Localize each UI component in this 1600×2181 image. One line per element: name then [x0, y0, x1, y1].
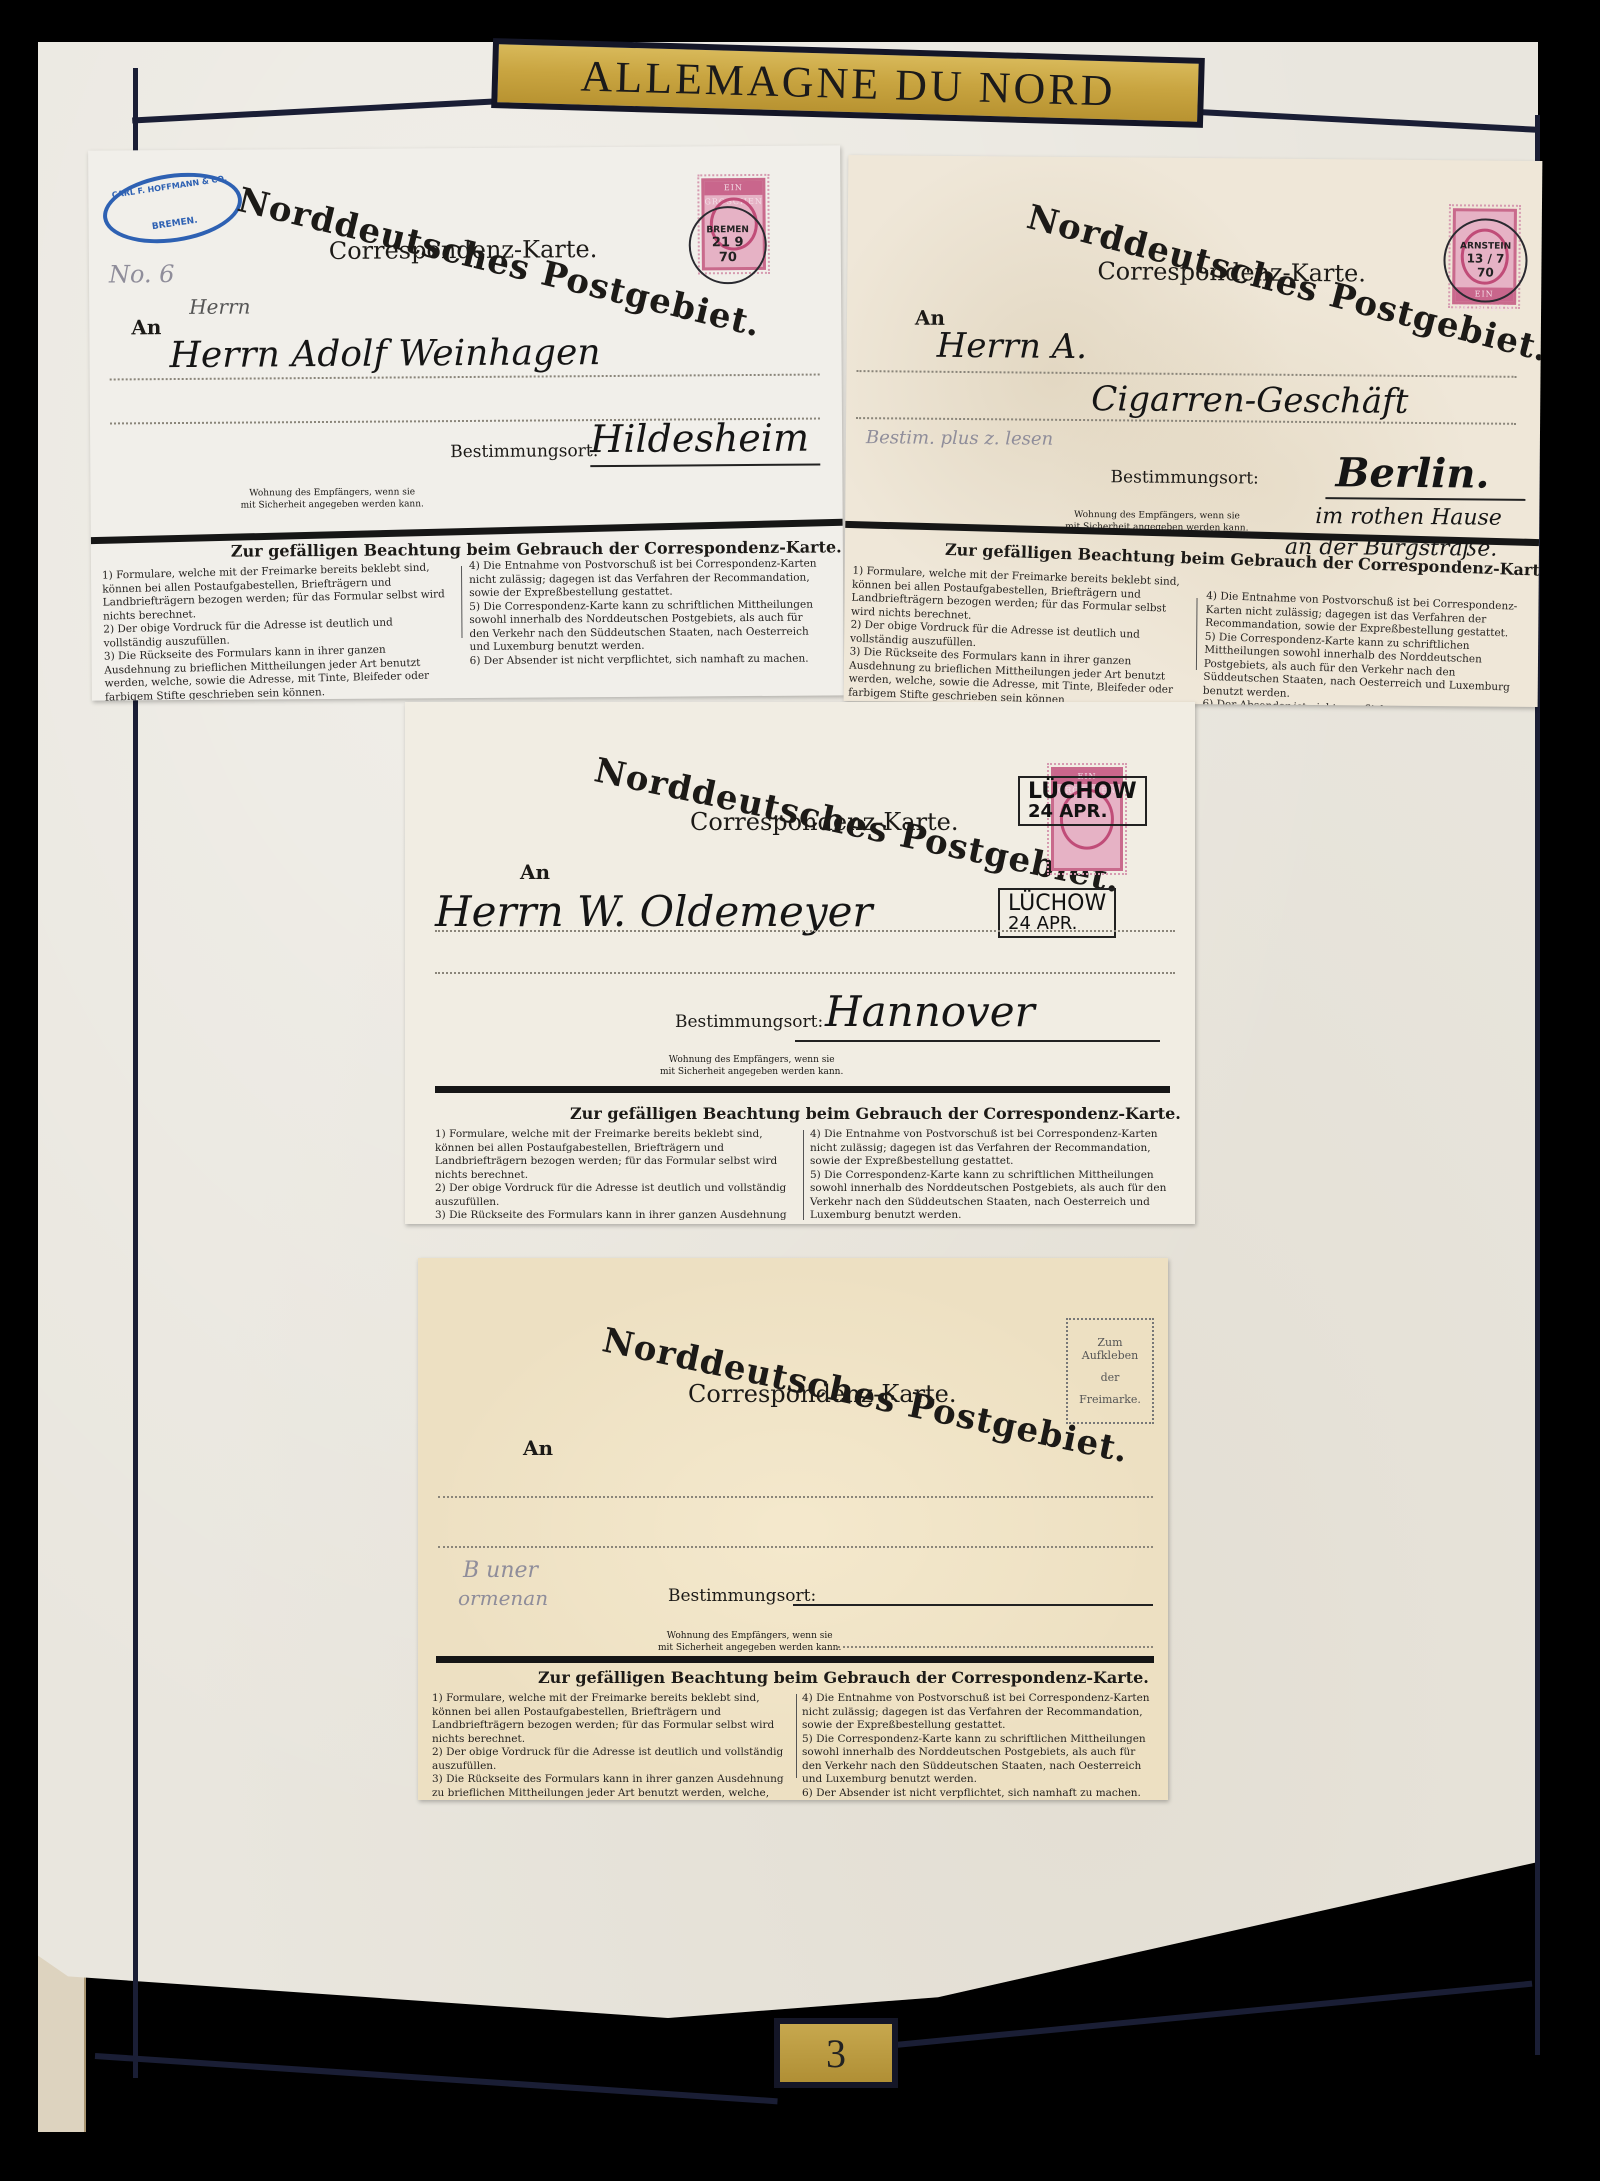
an-label: An	[523, 1436, 553, 1460]
divider-rule	[436, 1656, 1154, 1663]
residence-note: Wohnung des Empfängers, wenn sie mit Sic…	[660, 1054, 843, 1078]
instructions-left: 1) Formulare, welche mit der Freimarke b…	[435, 1128, 797, 1224]
card-subheader: Correspondenz-Karte.	[329, 235, 598, 265]
address-line-1: Herrn	[189, 295, 250, 319]
divider-rule	[435, 1086, 1170, 1093]
card-subheader: Correspondenz-Karte.	[688, 1380, 957, 1408]
stamp-placement-box: Zum Aufkleben der Freimarke.	[1066, 1318, 1154, 1424]
instructions-right: 4) Die Entnahme von Postvorschuß ist bei…	[802, 1692, 1157, 1800]
page-number: 3	[826, 2030, 846, 2077]
card-subheader: Correspondenz-Karte.	[690, 808, 959, 836]
postmark-arnstein: ARNSTEIN 13 / 7 70	[1443, 218, 1528, 303]
address-line-1: Herrn W. Oldemeyer	[435, 887, 873, 936]
an-label: An	[520, 860, 550, 884]
instructions-left: 1) Formulare, welche mit der Freimarke b…	[848, 565, 1193, 707]
instructions-right: 4) Die Entnahme von Postvorschuß ist bei…	[810, 1128, 1175, 1224]
card-subheader: Correspondenz-Karte.	[1097, 257, 1366, 287]
instructions-title: Zur gefälligen Beachtung beim Gebrauch d…	[538, 1668, 1149, 1687]
residence-note: Wohnung des Empfängers, wenn sie mit Sic…	[658, 1630, 841, 1654]
postcard-bremen-hildesheim: CARL F. HOFFMANN & CO. BREMEN. No. 6 Nor…	[88, 145, 844, 700]
page-number-plate: 3	[774, 2018, 898, 2088]
instructions-title: Zur gefälligen Beachtung beim Gebrauch d…	[570, 1104, 1181, 1123]
residence-note: Wohnung des Empfängers, wenn sie mit Sic…	[240, 486, 423, 511]
postcard-unused: Norddeutsches Postgebiet. Correspondenz-…	[418, 1258, 1168, 1800]
instructions-left: 1) Formulare, welche mit der Freimarke b…	[102, 561, 455, 701]
pencil-note-1: B uner	[463, 1558, 538, 1583]
destination-label: Bestimmungsort:	[450, 441, 598, 462]
postmark-luchow-on-stamp: LÜCHOW 24 APR.	[1018, 776, 1147, 826]
address-line-1: Herrn A.	[937, 326, 1088, 367]
pencil-note-2: ormenan	[458, 1586, 548, 1610]
address-line-2: Herrn Adolf Weinhagen	[169, 332, 600, 376]
frame-line-bottom-right	[895, 1981, 1533, 2048]
page-title: ALLEMAGNE DU NORD	[580, 50, 1116, 116]
destination-value: Berlin.	[1335, 449, 1489, 497]
instructions-left: 1) Formulare, welche mit der Freimarke b…	[432, 1692, 787, 1800]
destination-label: Bestimmungsort:	[1111, 467, 1259, 488]
pencil-note: No. 6	[109, 260, 175, 288]
destination-value: Hildesheim	[590, 416, 809, 462]
frame-line-bottom-left	[95, 2053, 778, 2104]
instructions-right: 4) Die Entnahme von Postvorschuß ist bei…	[469, 558, 820, 668]
instructions-right: 4) Die Entnahme von Postvorschuß ist bei…	[1202, 590, 1537, 707]
an-label: An	[131, 315, 161, 339]
postcard-luchow-hannover: Norddeutsches Postgebiet. Correspondenz-…	[405, 702, 1195, 1224]
residence-handwritten-1: im rothen Hause	[1315, 504, 1502, 531]
sender-company-stamp: CARL F. HOFFMANN & CO. BREMEN.	[98, 164, 246, 252]
destination-label: Bestimmungsort:	[668, 1586, 816, 1606]
postcard-arnstein-berlin: Norddeutsches Postgebiet. Correspondenz-…	[844, 155, 1543, 707]
destination-label: Bestimmungsort:	[675, 1012, 823, 1032]
pencil-note: Bestim. plus z. lesen	[866, 427, 1053, 450]
postmark-bremen: BREMEN 21 9 70	[688, 206, 767, 285]
address-line-2: Cigarren-Geschäft	[1091, 379, 1408, 422]
destination-value: Hannover	[825, 987, 1035, 1036]
